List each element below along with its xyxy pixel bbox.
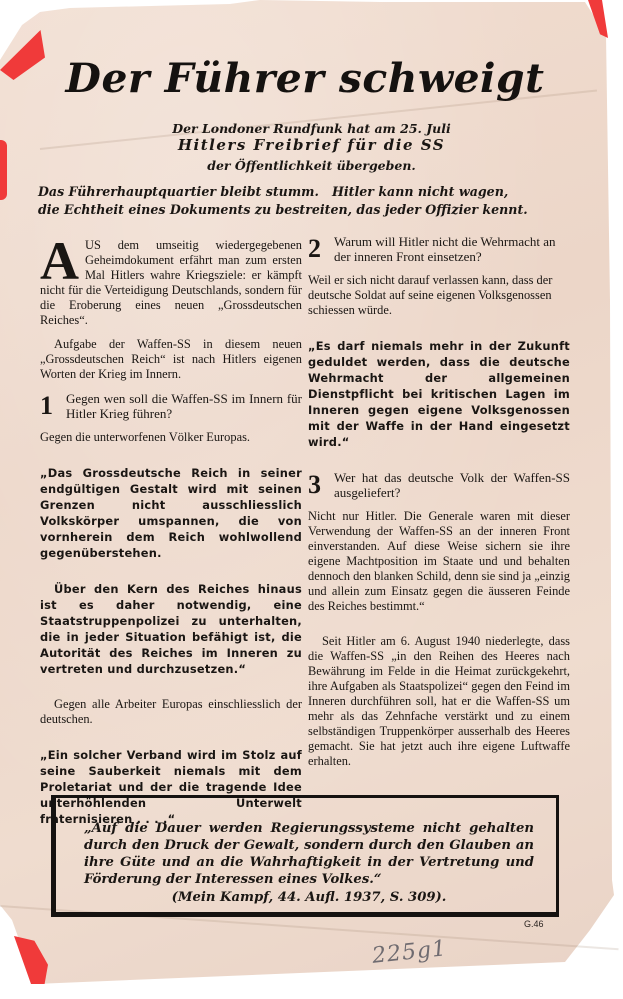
right-column: 2 Warum will Hitler nicht die Wehrmacht … xyxy=(308,234,570,769)
answer-2: Weil er sich nicht darauf verlassen kann… xyxy=(308,273,570,318)
question-text: Warum will Hitler nicht die Wehrmacht an… xyxy=(334,234,570,264)
boxed-quote-citation: (Mein Kampf, 44. Aufl. 1937, S. 309). xyxy=(84,889,534,906)
question-number: 2 xyxy=(308,236,334,262)
question-2: 2 Warum will Hitler nicht die Wehrmacht … xyxy=(308,234,570,264)
question-number: 3 xyxy=(308,472,334,498)
question-text: Gegen wen soll die Waffen-SS im Innern f… xyxy=(66,391,302,421)
paragraph-waffen-ss-task: Aufgabe der Waffen-SS in diesem neuen „G… xyxy=(40,337,302,382)
drop-cap: A xyxy=(40,239,79,283)
quote-grossdeutsches-reich: „Das Grossdeutsche Reich in seiner endgü… xyxy=(40,465,302,561)
left-column: AUS dem umseitig wiedergegebenen Geheimd… xyxy=(40,238,302,827)
paragraph-august-1940: Seit Hitler am 6. August 1940 niederlegt… xyxy=(308,634,570,769)
question-text: Wer hat das deutsche Volk der Waffen-SS … xyxy=(334,470,570,500)
answer-1: Gegen die unterworfenen Völker Europas. xyxy=(40,430,302,445)
quote-wehrmacht: „Es darf niemals mehr in der Zukunft ged… xyxy=(308,338,570,450)
subheading-line-3: der Öffentlichkeit übergeben. xyxy=(0,158,623,173)
question-1: 1 Gegen wen soll die Waffen-SS im Innern… xyxy=(40,391,302,421)
question-3: 3 Wer hat das deutsche Volk der Waffen-S… xyxy=(308,470,570,500)
subheading-line-2: Hitlers Freibrief für die SS xyxy=(0,136,623,154)
boxed-quote-text: „Auf die Dauer werden Regierungssysteme … xyxy=(84,820,534,906)
quote-staatstruppenpolizei: Über den Kern des Reiches hinaus ist es … xyxy=(40,581,302,677)
answer-3: Nicht nur Hitler. Die Generale waren mit… xyxy=(308,509,570,614)
intro-paragraph: AUS dem umseitig wiedergegebenen Geheimd… xyxy=(40,238,302,328)
lede-line-2: die Echtheit eines Dokuments zu bestreit… xyxy=(38,200,568,219)
print-code: G.46 xyxy=(524,919,544,929)
lede-line-1: Das Führerhauptquartier bleibt stumm. Hi… xyxy=(38,182,568,201)
question-number: 1 xyxy=(40,393,66,419)
paragraph-arbeiter: Gegen alle Arbeiter Europas einschliessl… xyxy=(40,697,302,727)
subheading-line-1: Der Londoner Rundfunk hat am 25. Juli xyxy=(0,121,623,136)
boxed-quote: „Auf die Dauer werden Regierungssysteme … xyxy=(51,795,559,917)
headline: Der Führer schweigt xyxy=(35,55,576,102)
